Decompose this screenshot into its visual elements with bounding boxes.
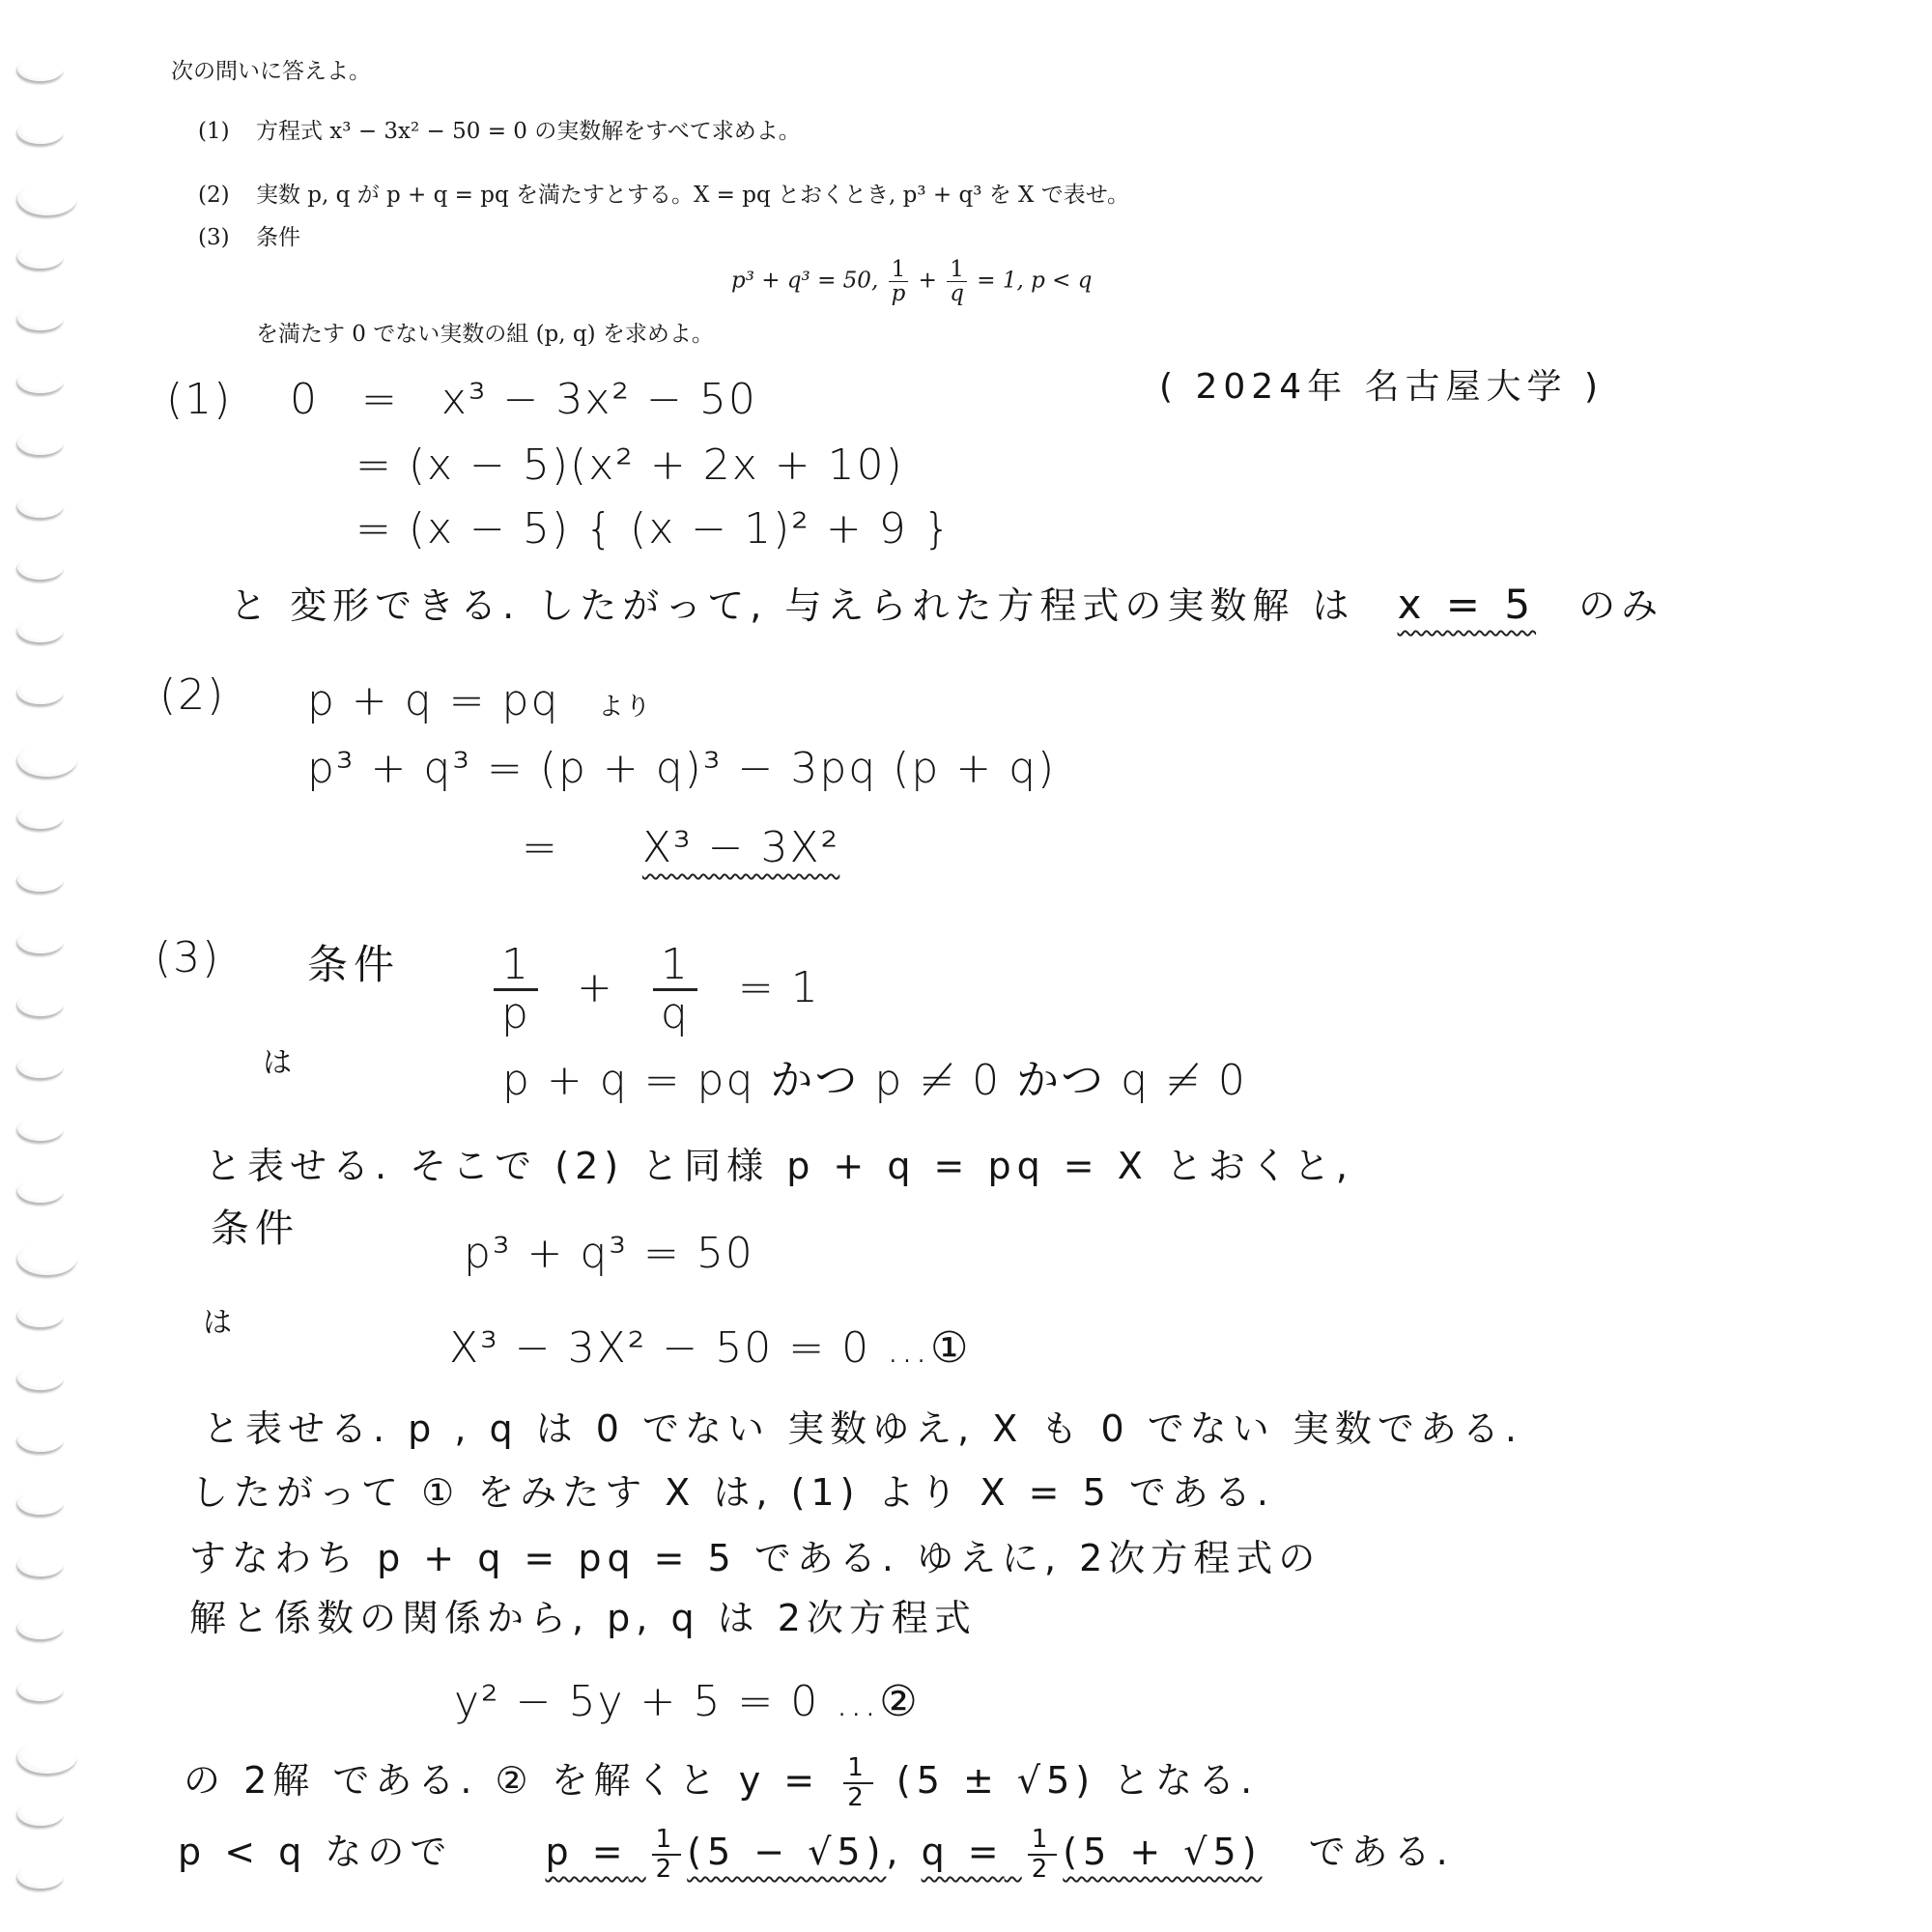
solution-2-label: (2) [159, 670, 225, 720]
solution-3-line3: と表せる. そこで (2) と同様 p + q = pq = X とおくと, [205, 1136, 1353, 1189]
problem-item-text: 条件 [256, 225, 300, 250]
solution-3-condition-word: 条件 [307, 933, 400, 991]
binder-ring-icon [17, 119, 64, 144]
fraction-1-over-p: 1p [889, 258, 909, 305]
binder-ring-icon [17, 867, 64, 892]
source-note: ( 2024年 名古屋大学 ) [1159, 359, 1604, 409]
binder-ring-icon [17, 1490, 64, 1515]
condition-part1: p³ + q³ = 50, [731, 269, 878, 294]
binder-ring-icon [17, 430, 64, 455]
solution-3-line4: p³ + q³ = 50 [464, 1229, 754, 1278]
problem-tail: を満たす 0 でない実数の組 (p, q) を求めよ。 [256, 316, 714, 348]
solution-3-line12: p < q なので p = 12(5 − √5), q = 12(5 + √5)… [178, 1822, 1454, 1883]
problem-item-1: (1)方程式 x³ − 3x² − 50 = 0 の実数解をすべて求めよ。 [198, 113, 801, 145]
solution-1-conclusion: と 変形できる. したがって, 与えられた方程式の実数解 は x = 5 のみ [230, 576, 1663, 629]
solution-3-line2: p + q = pq かつ p ≠ 0 かつ q ≠ 0 [502, 1045, 1247, 1107]
binder-ring-icon [17, 56, 64, 81]
binder-ring-icon [17, 928, 64, 953]
condition-part2: = 1, p < q [977, 269, 1092, 294]
binder-ring-icon [17, 617, 64, 642]
solution-3-line11: の 2解 である. ② を解くと y = 12 (5 ± √5) となる. [184, 1750, 1258, 1811]
answer-p: p = 12(5 − √5) [546, 1831, 887, 1873]
problem-intro: 次の問いに答えよ。 [171, 53, 371, 85]
fraction-1-over-q: 1q [653, 942, 697, 1038]
solution-3-line7: したがって ① をみたす X は, (1) より X = 5 である. [191, 1463, 1274, 1516]
solution-2-line2: p³ + q³ = (p + q)³ − 3pq (p + q) [307, 744, 1056, 793]
solution-3-line8: すなわち p + q = pq = 5 である. ゆえに, 2次方程式の [189, 1528, 1321, 1581]
problem-item-text: 実数 p, q が p + q = pq を満たすとする。X = pq とおくと… [256, 183, 1129, 208]
binder-ring-icon [17, 742, 77, 777]
problem-item-number: (2) [198, 183, 256, 208]
binder-ring-icon [17, 554, 64, 580]
binder-ring-icon [17, 1427, 64, 1452]
solution-1-line1: 0 = x³ − 3x² − 50 [290, 375, 757, 424]
binder-ring-icon [17, 1053, 64, 1078]
binder-ring-icon [17, 1116, 64, 1141]
solution-2-line1: p + q = pq より [307, 676, 652, 725]
binder-ring-icon [17, 1178, 64, 1203]
binder-ring-icon [17, 1676, 64, 1701]
binder-ring-icon [17, 368, 64, 393]
binder-ring-icon [17, 243, 64, 269]
binder-ring-icon [17, 305, 64, 330]
answer-q: q = 12(5 + √5) [922, 1831, 1263, 1873]
binder-ring-icon [17, 1365, 64, 1390]
solution-3-line10: y² − 5y + 5 = 0 …② [454, 1677, 920, 1726]
binder-ring-icon [17, 804, 64, 829]
solution-3-line6: と表せる. p , q は 0 でない 実数ゆえ, X も 0 でない 実数であ… [203, 1399, 1522, 1452]
solution-1-line2: = (x − 5)(x² + 2x + 10) [355, 440, 904, 490]
solution-3-condition-eq: 1p + 1q = 1 [488, 942, 820, 1038]
solution-3-wa-1: は [263, 1038, 298, 1081]
binder-ring-icon [17, 1302, 64, 1327]
fraction-one-half: 12 [843, 1754, 873, 1811]
problem-condition-equation: p³ + q³ = 50, 1p + 1q = 1, p < q [731, 258, 1092, 305]
solution-1-label: (1) [166, 375, 232, 424]
binder-ring-icon [17, 1551, 64, 1577]
binder-ring-icon [17, 181, 77, 215]
binder-ring-icon [17, 1614, 64, 1639]
binder-ring-icon [17, 1240, 77, 1275]
binder-ring-icon [17, 991, 64, 1016]
binder-ring-icon [17, 1863, 64, 1889]
binder-ring-icon [17, 679, 64, 704]
answer-x3-minus-3x2: X³ − 3X² [642, 823, 839, 872]
solution-2-line3: = X³ − 3X² [522, 823, 839, 872]
problem-item-number: (1) [198, 119, 256, 144]
solution-3-line5: X³ − 3X² − 50 = 0 …① [449, 1323, 971, 1373]
solution-1-line3: = (x − 5) { (x − 1)² + 9 } [355, 504, 952, 554]
solution-3-line9: 解と係数の関係から, p, q は 2次方程式 [189, 1588, 977, 1641]
problem-item-2: (2)実数 p, q が p + q = pq を満たすとする。X = pq と… [198, 177, 1129, 209]
binder-ring-icon [17, 1801, 64, 1826]
answer-x-equals-5: x = 5 [1398, 581, 1536, 628]
binder-rings [0, 0, 106, 1932]
binder-ring-icon [17, 1739, 77, 1774]
fraction-1-over-q: 1q [947, 258, 967, 305]
problem-item-3: (3)条件 [198, 219, 300, 251]
solution-3-label: (3) [155, 933, 220, 982]
solution-3-wa-2: は [203, 1298, 238, 1341]
binder-ring-icon [17, 493, 64, 518]
problem-item-number: (3) [198, 225, 256, 250]
fraction-1-over-p: 1p [494, 942, 538, 1038]
problem-item-text: 方程式 x³ − 3x² − 50 = 0 の実数解をすべて求めよ。 [256, 119, 801, 144]
solution-3-condition-word-2: 条件 [211, 1198, 299, 1253]
